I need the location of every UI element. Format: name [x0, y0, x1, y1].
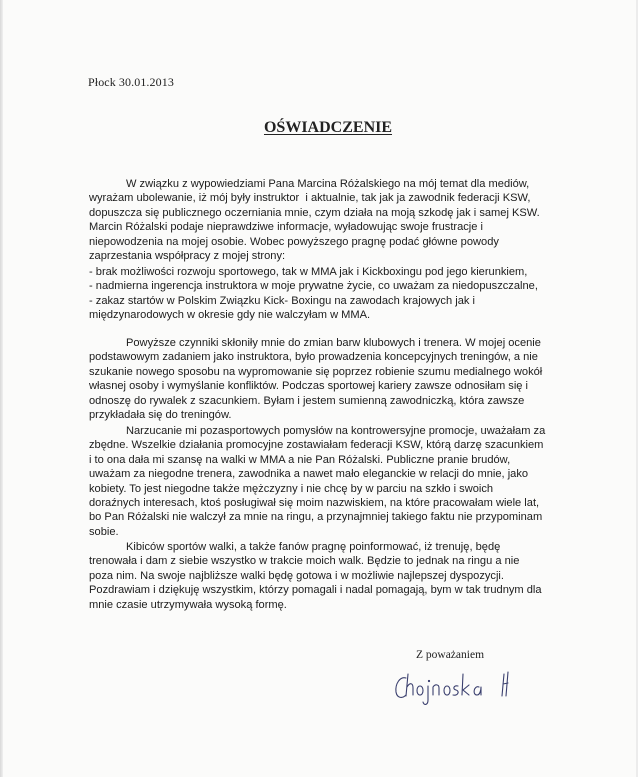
- document-title-container: OŚWIADCZENIE: [0, 119, 638, 137]
- paragraph-intro: W związku z wypowiedziami Pana Marcina R…: [89, 177, 589, 263]
- document-title: OŚWIADCZENIE: [264, 119, 392, 136]
- handwritten-signature: [392, 668, 542, 708]
- paragraph-promotion: Narzucanie mi pozasportowych pomysłów na…: [89, 424, 589, 539]
- scanned-document-page: Płock 30.01.2013 OŚWIADCZENIE W związku …: [0, 0, 638, 777]
- paragraph-reasons-explained: Powyższe czynniki skłoniły mnie do zmian…: [89, 336, 589, 422]
- scan-edge-left: [0, 0, 3, 777]
- reasons-list: - brak możliwości rozwoju sportowego, ta…: [89, 265, 589, 323]
- place-and-date: Płock 30.01.2013: [88, 75, 174, 90]
- paragraph-fans: Kibiców sportów walki, a także fanów pra…: [89, 540, 589, 612]
- closing-salutation: Z poważaniem: [416, 649, 484, 661]
